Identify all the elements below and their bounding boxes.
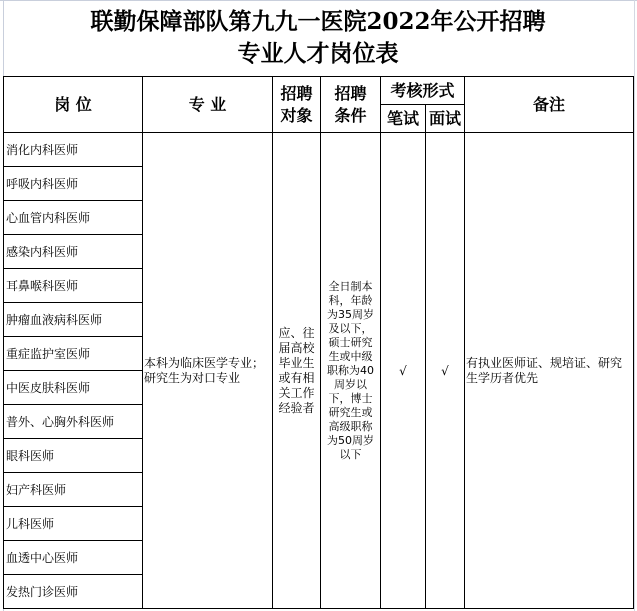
conditions-cell: 全日制本科，年龄为35周岁及以下，硕士研究生或中级职称为40周岁以下，博士研究生… xyxy=(321,133,381,609)
title-line-1: 联勤保障部队第九九一医院2022年公开招聘 xyxy=(3,6,633,38)
position-cell: 普外、心胸外科医师 xyxy=(4,405,143,439)
header-target-line-2: 对象 xyxy=(273,105,320,127)
position-cell: 心血管内科医师 xyxy=(4,201,143,235)
position-cell: 妇产科医师 xyxy=(4,473,143,507)
position-cell: 消化内科医师 xyxy=(4,133,143,167)
header-interview: 面试 xyxy=(426,105,465,133)
header-conditions-line-2: 条件 xyxy=(321,105,380,127)
header-target: 招聘 对象 xyxy=(273,77,321,133)
position-cell: 儿科医师 xyxy=(4,507,143,541)
position-cell: 中医皮肤科医师 xyxy=(4,371,143,405)
header-position: 岗 位 xyxy=(4,77,143,133)
header-major: 专 业 xyxy=(143,77,273,133)
position-cell: 血透中心医师 xyxy=(4,541,143,575)
position-cell: 发热门诊医师 xyxy=(4,575,143,609)
header-conditions: 招聘 条件 xyxy=(321,77,381,133)
document-title: 联勤保障部队第九九一医院2022年公开招聘 专业人才岗位表 xyxy=(3,0,633,76)
positions-table: 岗 位 专 业 招聘 对象 招聘 条件 考核形式 备注 笔试 面试 消化内科医师… xyxy=(3,76,634,609)
header-conditions-line-1: 招聘 xyxy=(321,83,380,105)
position-cell: 感染内科医师 xyxy=(4,235,143,269)
header-target-line-1: 招聘 xyxy=(273,83,320,105)
interview-check: √ xyxy=(426,133,465,609)
position-cell: 呼吸内科医师 xyxy=(4,167,143,201)
target-cell: 应、往届高校毕业生或有相关工作经验者 xyxy=(273,133,321,609)
position-cell: 耳鼻喉科医师 xyxy=(4,269,143,303)
position-cell: 眼科医师 xyxy=(4,439,143,473)
header-assessment: 考核形式 xyxy=(381,77,465,105)
major-cell: 本科为临床医学专业；研究生为对口专业 xyxy=(143,133,273,609)
written-check: √ xyxy=(381,133,426,609)
remarks-cell: 有执业医师证、规培证、研究生学历者优先 xyxy=(465,133,634,609)
header-remarks: 备注 xyxy=(465,77,634,133)
position-cell: 重症监护室医师 xyxy=(4,337,143,371)
title-line-2: 专业人才岗位表 xyxy=(3,38,633,70)
position-cell: 肿瘤血液病科医师 xyxy=(4,303,143,337)
header-written: 笔试 xyxy=(381,105,426,133)
